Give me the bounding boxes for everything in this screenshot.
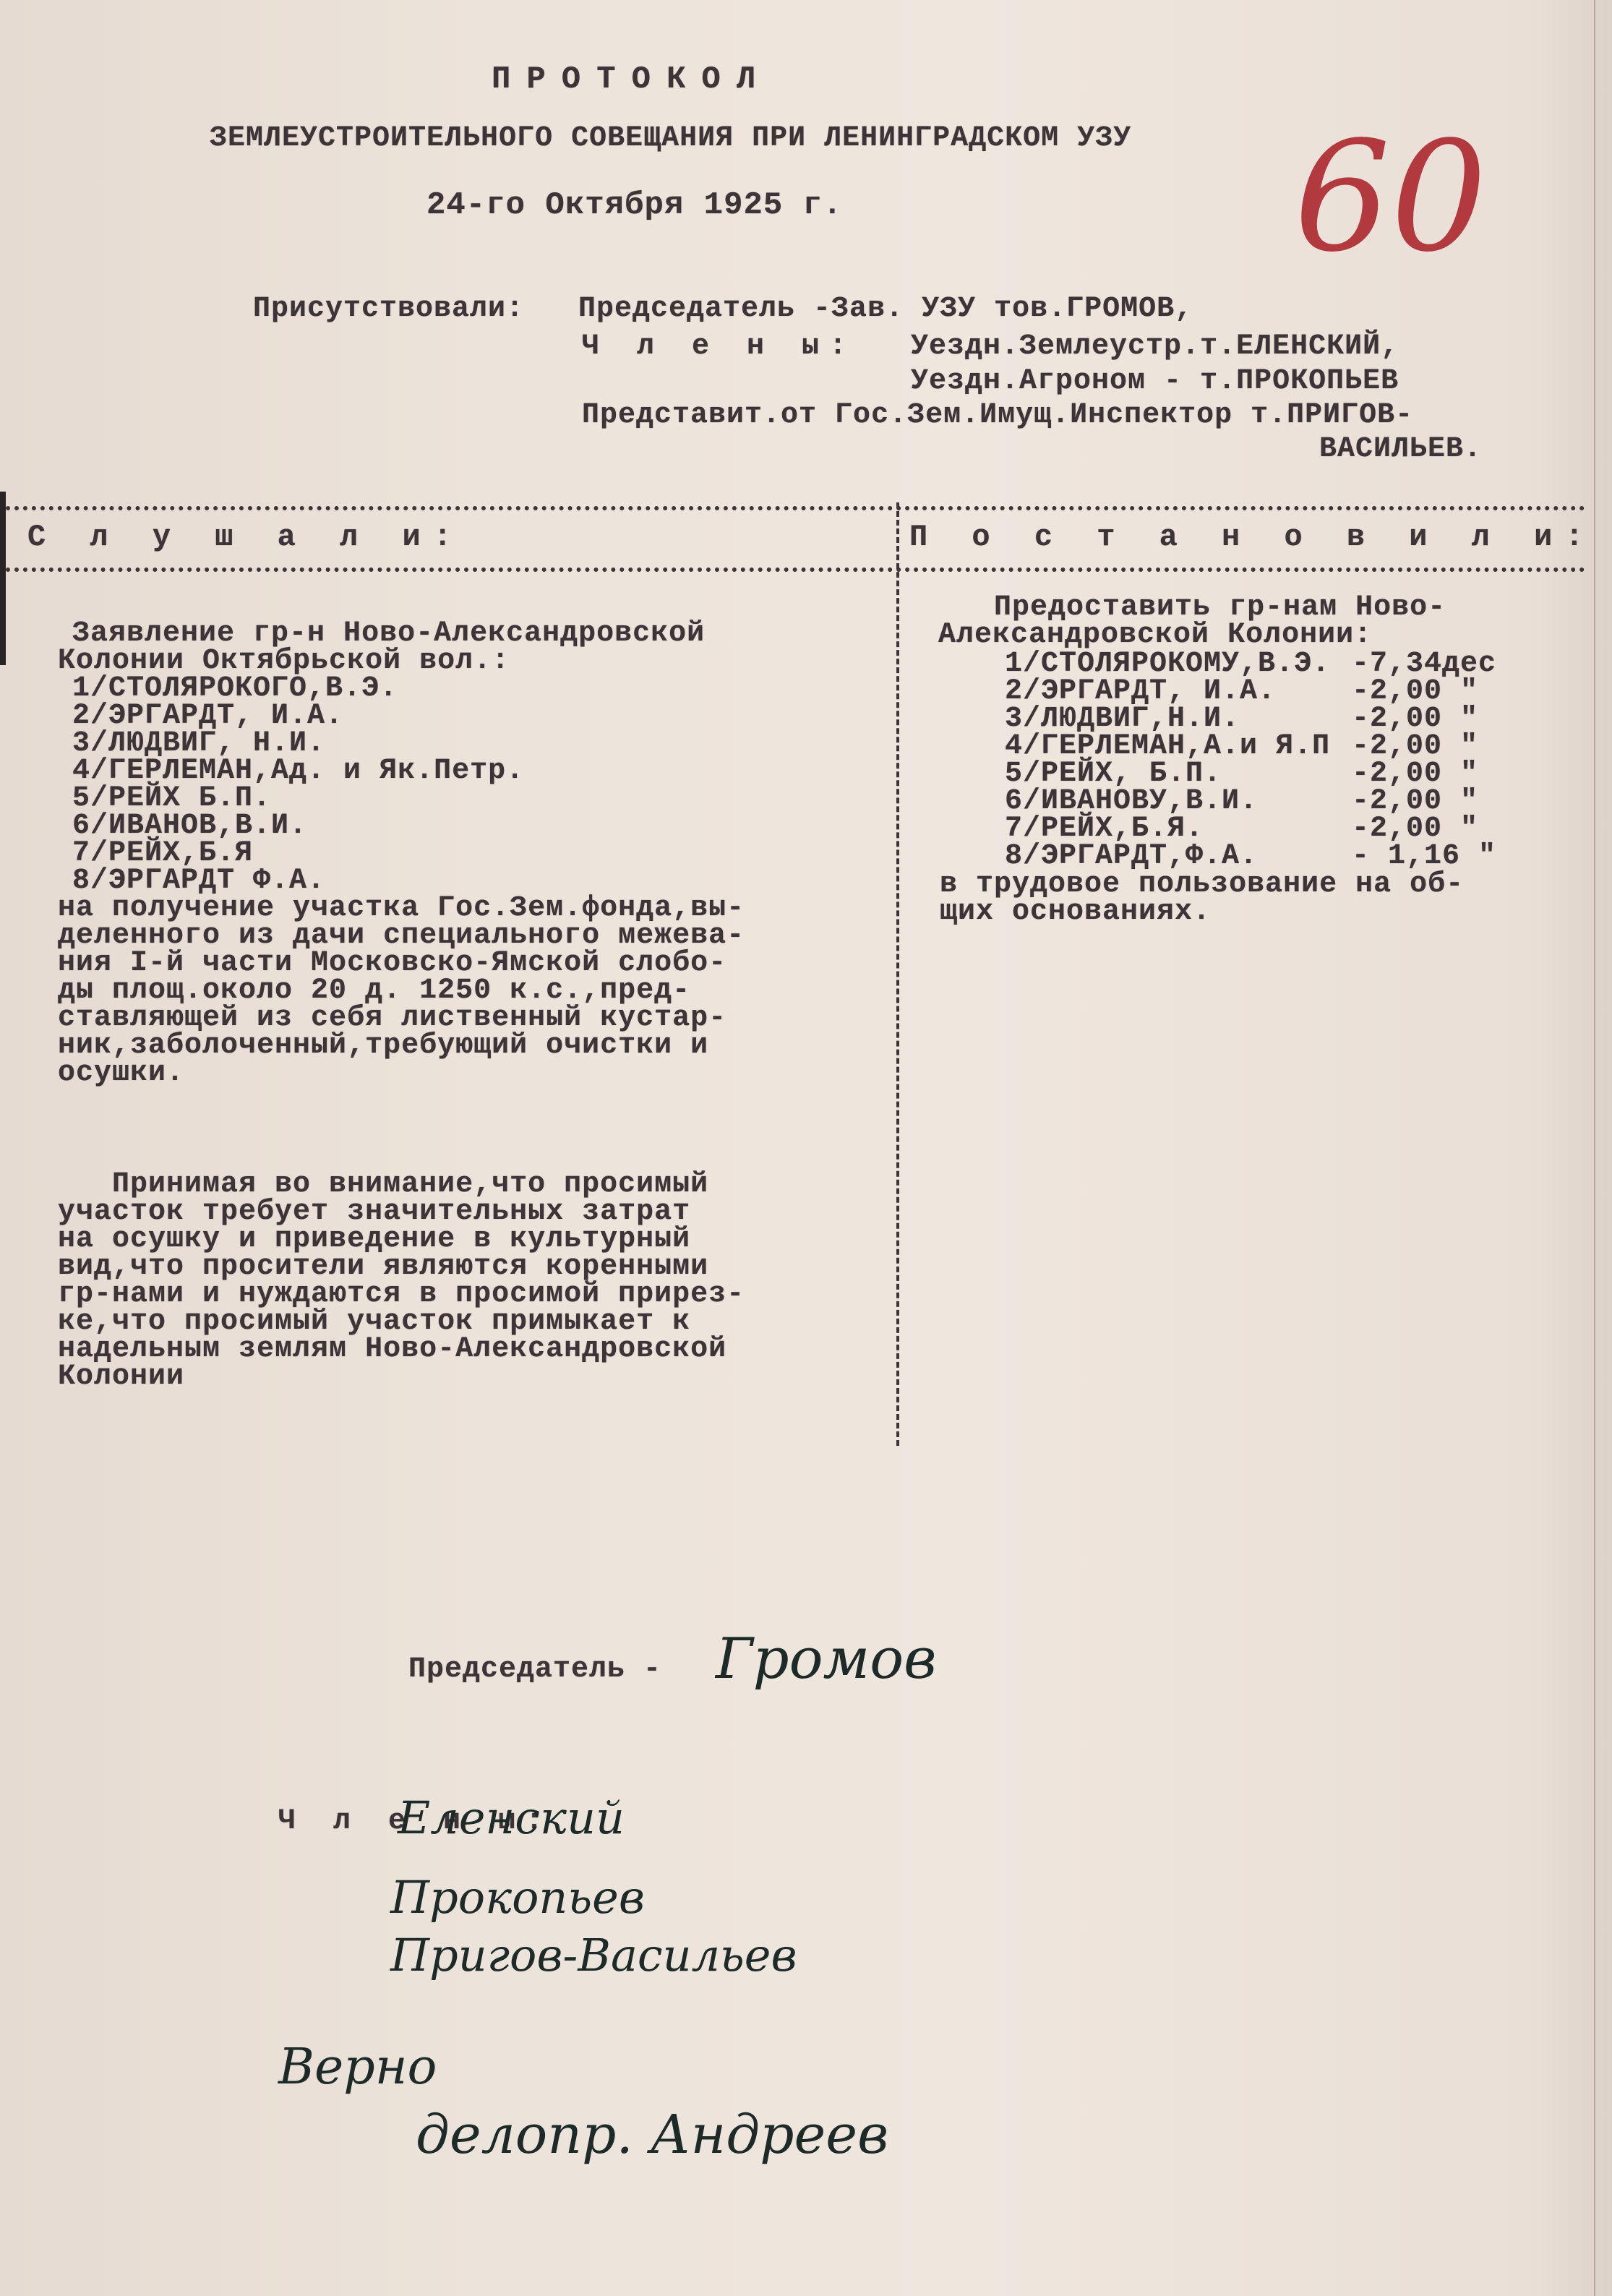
allocation-row: 3/ЛЮДВИГ,Н.И. -2,00 " bbox=[1005, 706, 1554, 733]
allocation-amount: -2,00 " bbox=[1352, 706, 1478, 733]
heard-paragraph-1: на получение участка Гос.Зем.фонда,вы- д… bbox=[58, 895, 745, 1087]
allocation-name: 1/СТОЛЯРОКОМУ,В.Э. bbox=[1005, 651, 1330, 678]
attendance-chair: Председатель -Зав. УЗУ тов.ГРОМОВ, bbox=[578, 295, 1193, 324]
paragraph-line: ке,что просимый участок примыкает к bbox=[58, 1308, 745, 1336]
page-edge-line bbox=[1594, 0, 1595, 2296]
section-divider-top bbox=[6, 506, 1585, 510]
allocation-list: 1/СТОЛЯРОКОМУ,В.Э. -7,34дес 2/ЭРГАРДТ, И… bbox=[1005, 651, 1554, 870]
chair-signature: Громов bbox=[716, 1627, 937, 1692]
attendance-member-2: Уездн.Агроном - т.ПРОКОПЬЕВ bbox=[911, 367, 1399, 396]
document-title: ПРОТОКОЛ bbox=[492, 64, 771, 95]
allocation-name: 4/ГЕРЛЕМАН,А.и Я.П bbox=[1005, 733, 1330, 761]
resolved-intro-line-2: Александровской Колонии: bbox=[938, 622, 1372, 649]
clerk-signature: делопр. Андреев bbox=[416, 2104, 888, 2166]
allocation-name: 6/ИВАНОВУ,В.И. bbox=[1005, 788, 1258, 815]
applicant-item: 2/ЭРГАРДТ, И.А. bbox=[72, 703, 524, 730]
paragraph-line: надельным землям Ново-Александровской bbox=[58, 1336, 745, 1363]
paragraph-line: гр-нами и нуждаются в просимой прирез- bbox=[58, 1281, 745, 1308]
attendance-representative: Представит.от Гос.Зем.Имущ.Инспектор т.П… bbox=[582, 401, 1413, 430]
heard-intro-line-1: Заявление гр-н Ново-Александровской bbox=[72, 620, 705, 648]
applicant-item: 8/ЭРГАРДТ Ф.А. bbox=[72, 868, 524, 895]
paragraph-line: участок требует значительных затрат bbox=[58, 1199, 745, 1226]
applicant-item: 7/РЕЙХ,Б.Я bbox=[72, 840, 524, 868]
certified-mark: Верно bbox=[278, 2039, 437, 2096]
applicant-list: 1/СТОЛЯРОКОГО,В.Э. 2/ЭРГАРДТ, И.А. 3/ЛЮД… bbox=[72, 675, 524, 895]
allocation-amount: -2,00 " bbox=[1352, 678, 1478, 706]
handwritten-page-number: 60 bbox=[1294, 108, 1487, 286]
resolved-closing-line-2: щих основаниях. bbox=[940, 899, 1211, 926]
paragraph-line: ния I-й части Московско-Ямской слобо- bbox=[58, 950, 745, 977]
heard-intro-line-2: Колонии Октябрьской вол.: bbox=[58, 648, 510, 675]
document-date: 24-го Октября 1925 г. bbox=[426, 189, 843, 221]
member-signature: Пригов-Васильев bbox=[390, 1929, 797, 1982]
allocation-amount: -2,00 " bbox=[1352, 815, 1478, 843]
column-divider bbox=[896, 502, 899, 1446]
allocation-amount: - 1,16 " bbox=[1352, 843, 1496, 870]
paragraph-line: вид,что просители являются коренными bbox=[58, 1254, 745, 1281]
paragraph-line: Колонии bbox=[58, 1363, 745, 1391]
allocation-amount: -7,34дес bbox=[1352, 651, 1496, 678]
attendance-member-1: Уездн.Землеустр.т.ЕЛЕНСКИЙ, bbox=[911, 333, 1399, 361]
allocation-row: 5/РЕЙХ, Б.П. -2,00 " bbox=[1005, 761, 1554, 788]
applicant-item: 1/СТОЛЯРОКОГО,В.Э. bbox=[72, 675, 524, 703]
document-page: ПРОТОКОЛ ЗЕМЛЕУСТРОИТЕЛЬНОГО СОВЕЩАНИЯ П… bbox=[0, 0, 1612, 2296]
allocation-amount: -2,00 " bbox=[1352, 761, 1478, 788]
applicant-item: 4/ГЕРЛЕМАН,Ад. и Як.Петр. bbox=[72, 758, 524, 785]
section-divider-bottom bbox=[6, 567, 1585, 572]
paragraph-line: на получение участка Гос.Зем.фонда,вы- bbox=[58, 895, 745, 922]
paragraph-line: осушки. bbox=[58, 1060, 745, 1087]
allocation-row: 6/ИВАНОВУ,В.И. -2,00 " bbox=[1005, 788, 1554, 815]
heading-heard: С л у ш а л и: bbox=[27, 522, 465, 552]
paragraph-line: деленного из дачи специального межева- bbox=[58, 922, 745, 950]
allocation-name: 7/РЕЙХ,Б.Я. bbox=[1005, 815, 1204, 843]
attendance-representative-cont: ВАСИЛЬЕВ. bbox=[1319, 435, 1482, 464]
allocation-row: 8/ЭРГАРДТ,Ф.А. - 1,16 " bbox=[1005, 843, 1554, 870]
heading-resolved: П о с т а н о в и л и: bbox=[909, 522, 1597, 552]
allocation-row: 1/СТОЛЯРОКОМУ,В.Э. -7,34дес bbox=[1005, 651, 1554, 678]
allocation-amount: -2,00 " bbox=[1352, 788, 1478, 815]
applicant-item: 3/ЛЮДВИГ, Н.И. bbox=[72, 730, 524, 758]
allocation-name: 2/ЭРГАРДТ, И.А. bbox=[1005, 678, 1276, 706]
applicant-item: 5/РЕЙХ Б.П. bbox=[72, 785, 524, 813]
paragraph-line: ник,заболоченный,требующий очистки и bbox=[58, 1032, 745, 1060]
heard-paragraph-2: Принимая во внимание,что просимый участо… bbox=[58, 1171, 745, 1391]
resolved-closing-line-1: в трудовое пользование на об- bbox=[940, 871, 1464, 899]
allocation-row: 7/РЕЙХ,Б.Я. -2,00 " bbox=[1005, 815, 1554, 843]
resolved-intro-line-1: Предоставить гр-нам Ново- bbox=[940, 594, 1446, 622]
member-signature: Еленский bbox=[398, 1791, 625, 1844]
attendance-label: Присутствовали: bbox=[253, 295, 524, 324]
applicant-item: 6/ИВАНОВ,В.И. bbox=[72, 813, 524, 840]
paragraph-line: на осушку и приведение в культурный bbox=[58, 1226, 745, 1254]
member-signature: Прокопьев bbox=[390, 1871, 645, 1924]
document-subtitle: ЗЕМЛЕУСТРОИТЕЛЬНОГО СОВЕЩАНИЯ ПРИ ЛЕНИНГ… bbox=[210, 124, 1131, 153]
allocation-amount: -2,00 " bbox=[1352, 733, 1478, 761]
allocation-row: 2/ЭРГАРДТ, И.А. -2,00 " bbox=[1005, 678, 1554, 706]
page-edge-shadow bbox=[0, 492, 6, 665]
allocation-name: 5/РЕЙХ, Б.П. bbox=[1005, 761, 1222, 788]
chair-signature-label: Председатель - bbox=[408, 1655, 661, 1684]
paragraph-line: ды площ.около 20 д. 1250 к.с.,пред- bbox=[58, 977, 745, 1005]
allocation-name: 3/ЛЮДВИГ,Н.И. bbox=[1005, 706, 1240, 733]
allocation-name: 8/ЭРГАРДТ,Ф.А. bbox=[1005, 843, 1258, 870]
allocation-row: 4/ГЕРЛЕМАН,А.и Я.П -2,00 " bbox=[1005, 733, 1554, 761]
attendance-members-label: Ч л е н ы: bbox=[582, 333, 857, 361]
paragraph-line: Принимая во внимание,что просимый bbox=[58, 1171, 745, 1199]
paragraph-line: ставляющей из себя лиственный кустар- bbox=[58, 1005, 745, 1032]
